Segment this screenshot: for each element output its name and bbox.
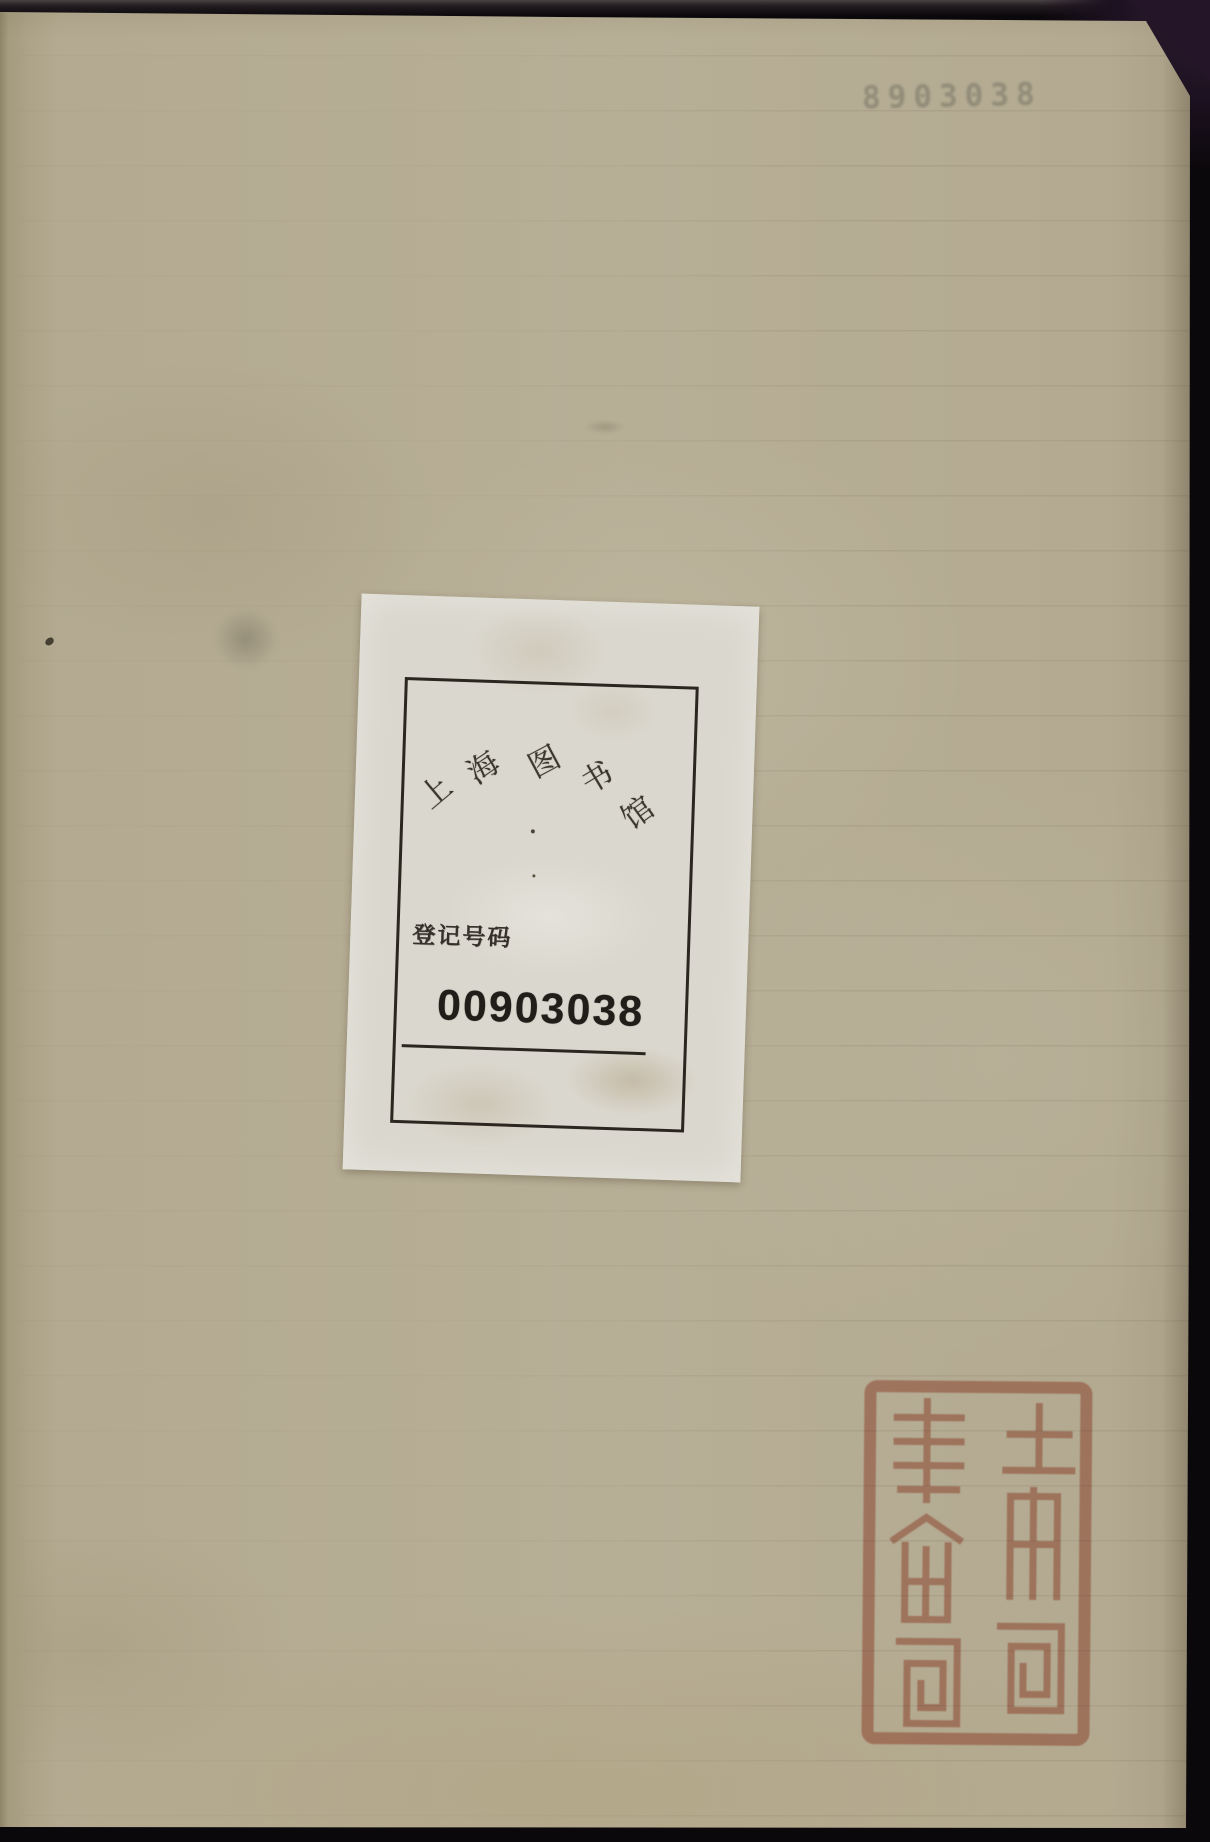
registration-underline <box>402 1044 646 1055</box>
library-stamp-char: 图 <box>518 732 567 786</box>
binding-gutter-shadow <box>0 0 30 1829</box>
library-stamp-char: 上 <box>407 762 460 816</box>
scanned-book-page: 8903038 上 海 图 书 馆 登记号码 00903038 <box>0 0 1210 1842</box>
library-stamp-char: 海 <box>456 738 507 793</box>
library-seal-stamp <box>858 1377 1095 1749</box>
ink-speck <box>532 874 535 877</box>
paper-stain <box>585 420 625 434</box>
faded-accession-stamp: 8903038 <box>862 76 1073 116</box>
top-edge-highlight <box>0 0 1192 40</box>
library-label: 上 海 图 书 馆 登记号码 00903038 <box>343 594 760 1183</box>
library-stamp-char: 书 <box>570 748 620 803</box>
page-paper: 8903038 上 海 图 书 馆 登记号码 00903038 <box>0 0 1192 1829</box>
ink-speck <box>531 829 535 833</box>
seal-glyphs <box>893 1401 1073 1725</box>
library-stamp-char: 馆 <box>610 783 662 838</box>
registration-number: 00903038 <box>436 981 645 1037</box>
right-edge-shadow <box>1158 0 1192 1829</box>
label-border-box: 上 海 图 书 馆 登记号码 00903038 <box>390 677 699 1133</box>
registration-field-label: 登记号码 <box>412 916 513 952</box>
paper-stain <box>205 600 287 678</box>
